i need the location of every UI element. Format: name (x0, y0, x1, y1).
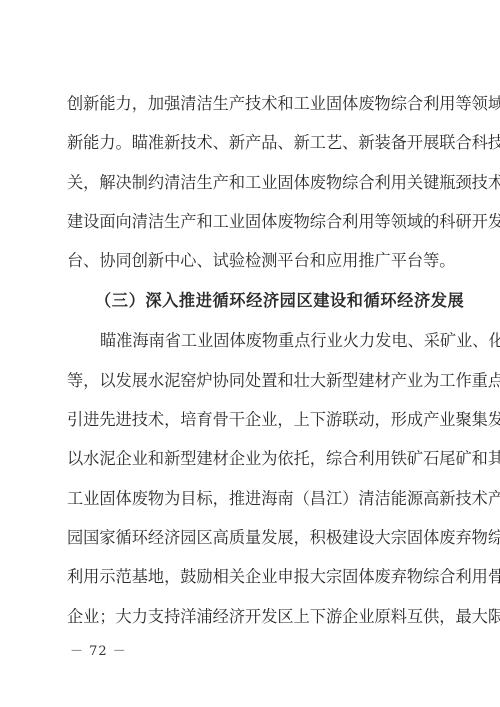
paragraph-line: 园国家循环经济园区高质量发展，积极建设大宗固体废弃物综合 (67, 528, 434, 548)
paragraph-line: 台、协同创新中心、试验检测平台和应用推广平台等。 (67, 251, 434, 271)
paragraph-line: 新能力。瞄准新技术、新产品、新工艺、新装备开展联合科技攻 (67, 133, 434, 153)
paragraph-line: 建设面向清洁生产和工业固体废物综合利用等领域的科研开发平 (67, 212, 434, 232)
paragraph-line: 利用示范基地，鼓励相关企业申报大宗固体废弃物综合利用骨干 (67, 567, 434, 587)
paragraph-line: 引进先进技术，培育骨干企业，上下游联动，形成产业聚集发展。 (67, 410, 434, 430)
section-heading: （三）深入推进循环经济园区建设和循环经济发展 (95, 291, 464, 311)
paragraph-line: 创新能力，加强清洁生产技术和工业固体废物综合利用等领域创 (67, 94, 434, 114)
document-page: 创新能力，加强清洁生产技术和工业固体废物综合利用等领域创 新能力。瞄准新技术、新… (0, 0, 500, 707)
paragraph-line: 企业；大力支持洋浦经济开发区上下游企业原料互供，最大限度 (67, 607, 434, 627)
paragraph-line: 等，以发展水泥窑炉协同处置和壮大新型建材产业为工作重点， (67, 371, 434, 391)
page-number: － 72 － (70, 640, 127, 659)
paragraph-line: 瞄准海南省工业固体废物重点行业火力发电、采矿业、化工 (100, 331, 434, 351)
paragraph-line: 以水泥企业和新型建材企业为依托，综合利用铁矿石尾矿和其他 (67, 449, 434, 469)
paragraph-line: 关，解决制约清洁生产和工业固体废物综合利用关键瓶颈技术。 (67, 173, 434, 193)
paragraph-line: 工业固体废物为目标，推进海南（昌江）清洁能源高新技术产业 (67, 489, 434, 509)
